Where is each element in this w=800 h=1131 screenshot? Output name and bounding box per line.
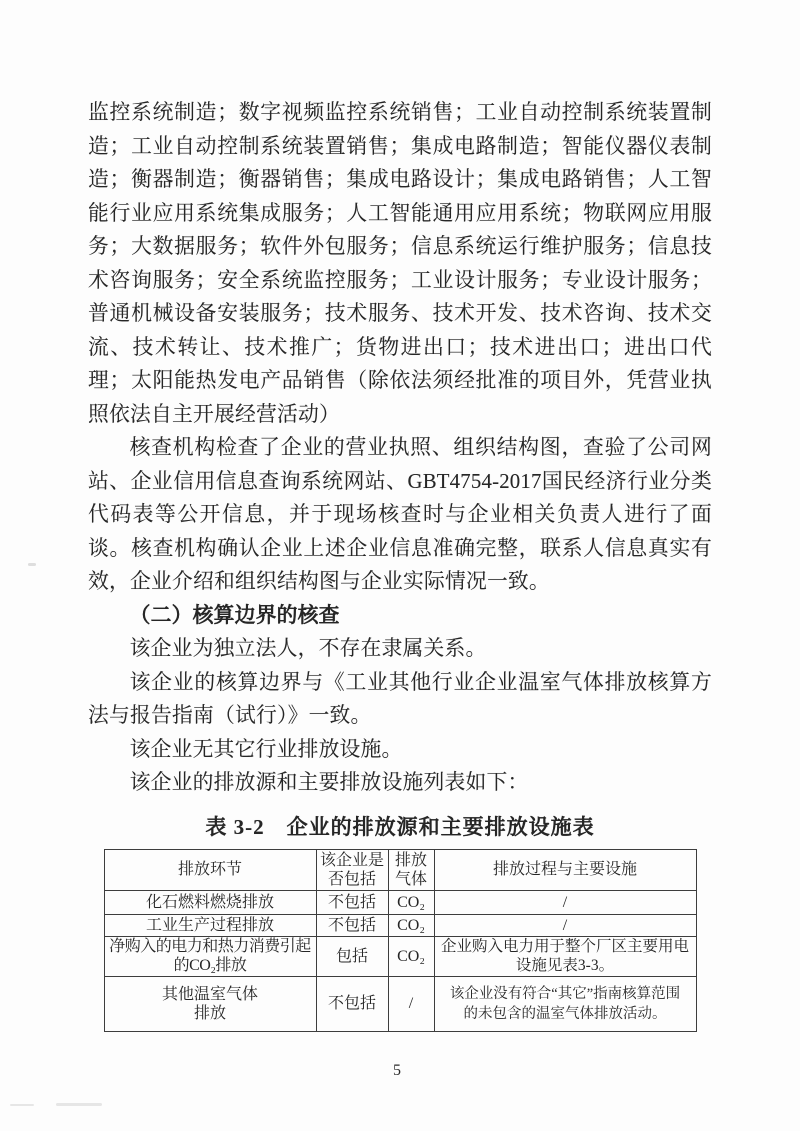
paragraph-no-other-facilities: 该企业无其它行业排放设施。: [88, 733, 712, 767]
table-cell: CO₂: [388, 936, 434, 976]
table-cell: 净购入的电力和热力消费引起 的CO₂排放: [104, 936, 316, 976]
scan-artifact: [10, 1104, 34, 1106]
table-caption: 表 3-2 企业的排放源和主要排放设施表: [88, 812, 712, 842]
table-cell: 该企业没有符合“其它”指南核算范围 的未包含的温室气体排放活动。: [434, 976, 696, 1031]
table-cell: 工业生产过程排放: [104, 914, 316, 936]
column-header-included: 该企业是 否包括: [316, 849, 388, 890]
paragraph-business-scope: 监控系统制造；数字视频监控系统销售；工业自动控制系统装置制造；工业自动控制系统装…: [88, 96, 712, 431]
table-row: 工业生产过程排放不包括CO₂/: [104, 914, 696, 936]
column-header-process-facilities: 排放过程与主要设施: [434, 849, 696, 890]
table-header-row: 排放环节 该企业是 否包括 排放 气体 排放过程与主要设施: [104, 849, 696, 890]
table-cell: 企业购入电力用于整个厂区主要用电 设施见表3-3。: [434, 936, 696, 976]
emission-sources-table: 排放环节 该企业是 否包括 排放 气体 排放过程与主要设施 化石燃料燃烧排放不包…: [104, 849, 697, 1032]
table-cell: /: [388, 976, 434, 1031]
page-content: 监控系统制造；数字视频监控系统销售；工业自动控制系统装置制造；工业自动控制系统装…: [88, 96, 712, 1032]
table-cell: CO₂: [388, 914, 434, 936]
document-page: 监控系统制造；数字视频监控系统销售；工业自动控制系统装置制造；工业自动控制系统装…: [0, 0, 800, 1131]
paragraph-boundary-consistency: 该企业的核算边界与《工业其他行业企业温室气体排放核算方法与报告指南（试行）》一致…: [88, 666, 712, 733]
scan-artifact: [28, 563, 36, 566]
table-cell: /: [434, 914, 696, 936]
column-header-emission-stage: 排放环节: [104, 849, 316, 890]
table-cell: 化石燃料燃烧排放: [104, 890, 316, 914]
table-cell: 不包括: [316, 976, 388, 1031]
table-cell: CO₂: [388, 890, 434, 914]
scan-artifact: [56, 1103, 102, 1106]
paragraph-legal-entity: 该企业为独立法人，不存在隶属关系。: [88, 632, 712, 666]
paragraph-table-intro: 该企业的排放源和主要排放设施列表如下：: [88, 766, 712, 800]
section-heading-accounting-boundary: （二）核算边界的核查: [88, 599, 712, 633]
table-cell: 包括: [316, 936, 388, 976]
table-cell: 不包括: [316, 914, 388, 936]
paragraph-verification-check: 核查机构检查了企业的营业执照、组织结构图，查验了公司网站、企业信用信息查询系统网…: [88, 431, 712, 599]
page-number: 5: [0, 1062, 794, 1080]
table-row: 化石燃料燃烧排放不包括CO₂/: [104, 890, 696, 914]
column-header-gas: 排放 气体: [388, 849, 434, 890]
table-cell: 不包括: [316, 890, 388, 914]
table-row: 其他温室气体 排放不包括/该企业没有符合“其它”指南核算范围 的未包含的温室气体…: [104, 976, 696, 1031]
table-row: 净购入的电力和热力消费引起 的CO₂排放包括CO₂企业购入电力用于整个厂区主要用…: [104, 936, 696, 976]
table-cell: 其他温室气体 排放: [104, 976, 316, 1031]
table-cell: /: [434, 890, 696, 914]
